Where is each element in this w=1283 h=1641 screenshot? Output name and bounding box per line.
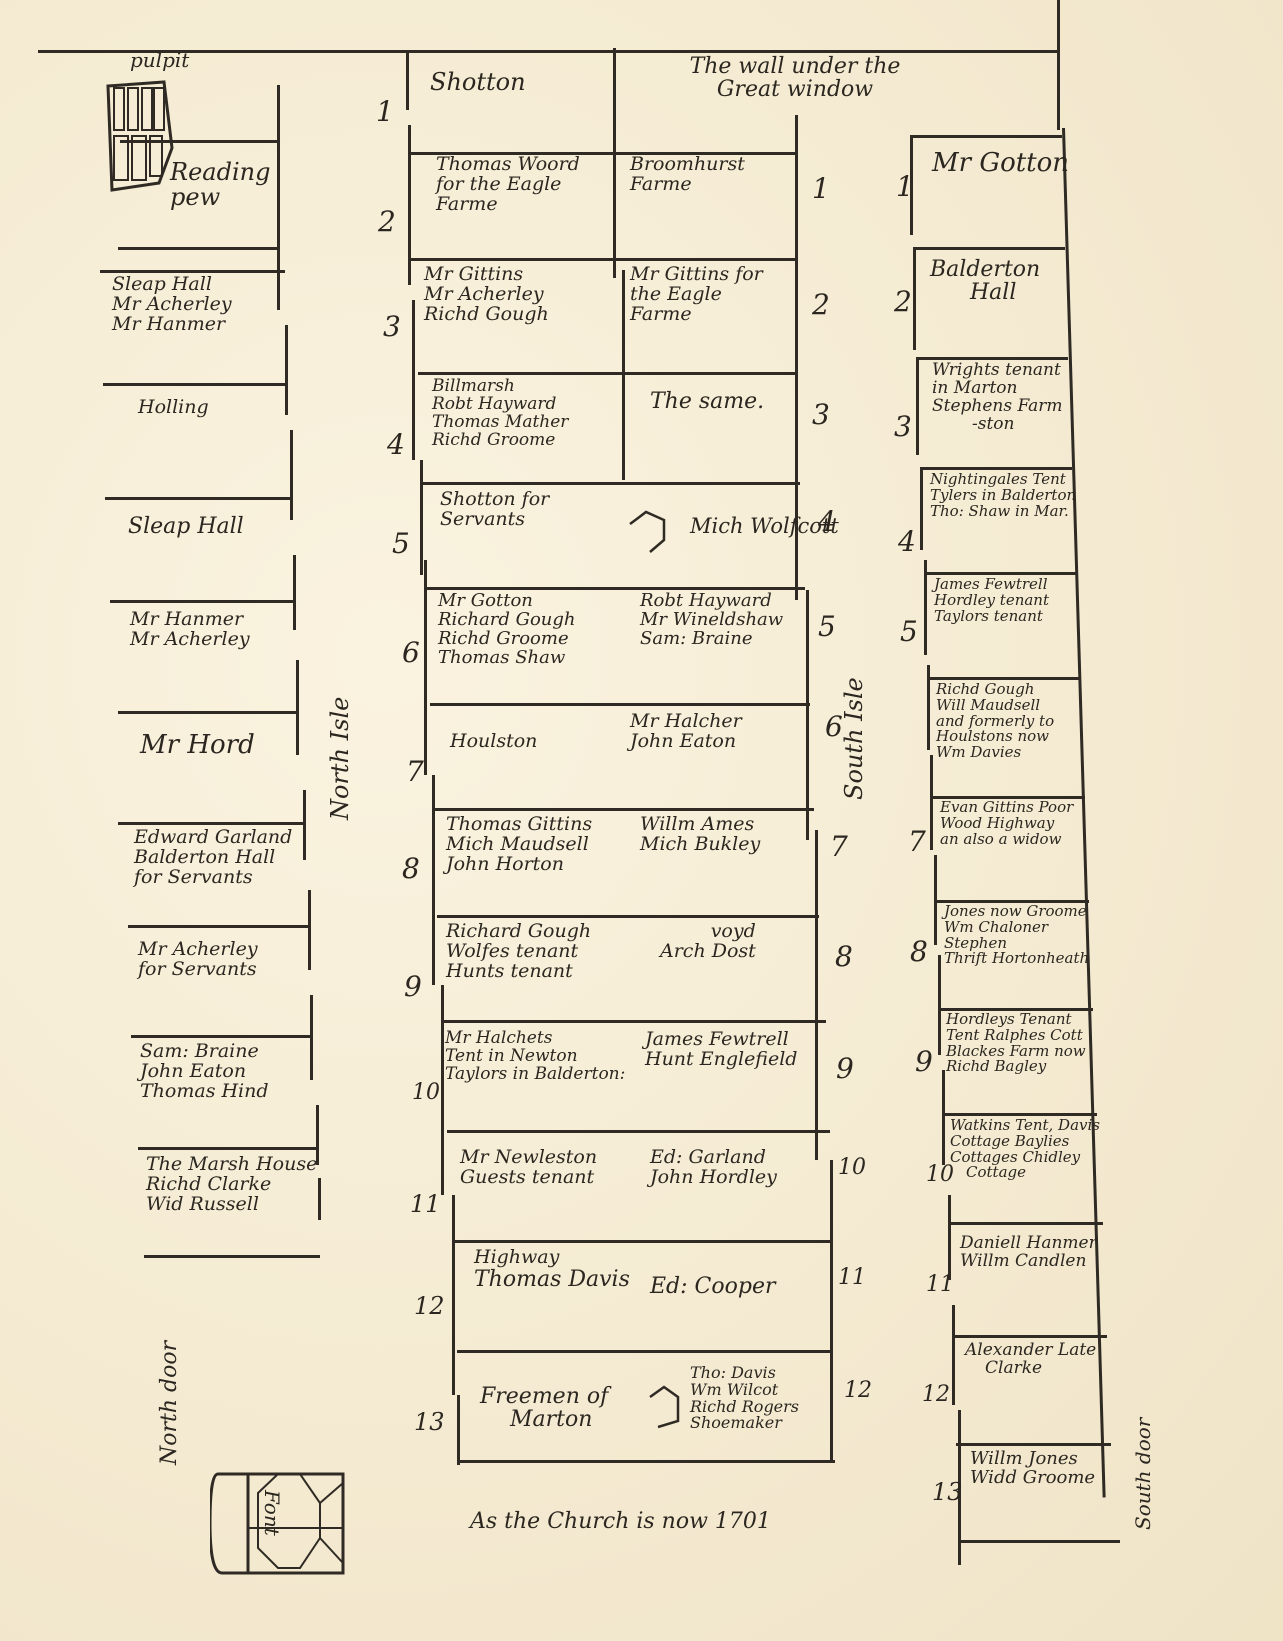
row-number-right: 11 [838,1265,866,1290]
north-pew-divider [118,247,278,250]
row-number: 7 [406,755,424,788]
pew-name: Willm Ames [640,815,760,835]
pew-name: Mr Hord [140,732,255,759]
font-label: Font [261,1490,282,1536]
pew-name: Taylors in Balderton: [445,1066,625,1084]
south-pew: Wrights tenant in Marton Stephens Farm -… [932,362,1063,433]
pew-name: Marton [480,1408,608,1431]
pew-name: The same. [650,390,764,413]
row-number: 11 [410,1190,441,1218]
middle-row-divider [410,258,798,261]
north-pew-divider [144,1255,320,1258]
pew-name: Farme [436,195,580,215]
pew-name: for Servants [138,960,258,980]
north-pew: Mr Hord [140,732,255,759]
pew-name: Taylors tenant [934,609,1049,625]
middle-pew-left: Mr Halchets Tent in Newton Taylors in Ba… [445,1030,625,1084]
south-isle-label: South Isle [842,677,867,800]
pew-name: the Eagle [630,285,763,305]
north-pew-divider [110,600,296,603]
row-number: 3 [383,310,401,343]
north-pew-rail [285,325,288,415]
pew-name: Wm Davies [936,745,1054,761]
middle-pew-left: Freemen of Marton [480,1385,608,1431]
middle-pew-right: Mr Halcher John Eaton [630,712,742,752]
north-pew: Sam: Braine John Eaton Thomas Hind [140,1042,269,1102]
pew-name: Mr Newleston [460,1148,597,1168]
pew-name: Richd Bagley [946,1059,1086,1075]
pew-name: Ed: Garland [650,1148,777,1168]
middle-row-divider [460,1460,835,1463]
pew-name: for the Eagle [436,175,580,195]
north-pew: Sleap Hall [128,515,244,538]
south-pew-rail [930,755,933,850]
pew-name: Farme [630,175,745,195]
north-pew: The Marsh House Richd Clarke Wid Russell [146,1155,317,1215]
south-pew-rail [948,1195,951,1280]
south-row-number: 3 [894,410,912,443]
middle-right-rail [830,1160,833,1460]
pew-name: Thomas Davis [474,1268,630,1291]
row-number-right: 6 [825,710,843,743]
row-number: 8 [402,852,420,885]
north-pew-divider [103,383,288,386]
pew-name: John Eaton [140,1062,269,1082]
north-pew-rail [303,790,306,860]
pew-name: Mr Acherley [130,630,250,650]
north-isle-label: North Isle [328,697,353,820]
south-pew: Mr Gotton [932,150,1069,177]
pew-name: Thomas Woord [436,155,580,175]
south-pew: Nightingales Tent Tylers in Balderton Th… [930,472,1076,519]
north-pew-rail [293,555,296,630]
middle-row-divider [457,1350,832,1353]
pew-name: Arch Dost [660,942,756,962]
pew-name: John Eaton [630,732,742,752]
row-number-right: 9 [836,1052,854,1085]
row-number-right: 12 [844,1378,872,1403]
row-number: 4 [387,428,405,461]
north-pew-divider [118,822,303,825]
row-number: 9 [404,970,422,1003]
pew-name: Hall [930,281,1040,304]
pew-name: Robt Hayward [432,396,568,414]
south-pew: Hordleys Tenant Tent Ralphes Cott Blacke… [946,1012,1086,1075]
pew-name: Hunts tenant [446,962,591,982]
middle-row-divider [452,1240,832,1243]
pew-name: Mr Acherley [112,295,232,315]
row-number: 2 [378,205,396,238]
pew-name: Guests tenant [460,1168,597,1188]
middle-left-rail [441,985,444,1195]
north-pew-divider [105,497,293,500]
pew-name: Clarke [965,1360,1096,1378]
pew-name: Mr Acherley [138,940,258,960]
row-number-right: 8 [835,940,853,973]
south-row-number: 9 [915,1045,933,1078]
row-number-right: 3 [812,398,830,431]
pew-name: Balderton Hall [134,848,292,868]
south-row-number: 7 [908,825,926,858]
south-pew-rail [938,955,941,1055]
south-pew: James Fewtrell Hordley tenant Taylors te… [934,577,1049,624]
north-pew: Edward Garland Balderton Hall for Servan… [134,828,292,888]
middle-pew-right: Ed: Garland John Hordley [650,1148,777,1188]
pew-name: Mr Wineldshaw [640,611,783,630]
pew-name: Mr Acherley [424,285,549,305]
pew-name: Tho: Shaw in Mar. [930,504,1076,520]
row-number: 1 [376,95,394,128]
pew-name: Thomas Hind [140,1082,269,1102]
north-pew-rail [318,1178,321,1220]
south-pew-rail [942,1070,945,1165]
pew-name: Sam: Braine [140,1042,269,1062]
south-row-number: 5 [900,615,918,648]
pew-name: Tent in Newton [445,1048,625,1066]
pew-name: Mich Wolfcott [690,515,839,537]
middle-pew-right: The same. [650,390,764,413]
pew-name: Sleap Hall [128,515,244,538]
south-row-number: 2 [894,285,912,318]
pew-name: Wolfes tenant [446,942,591,962]
south-door-label: South door [1133,1418,1154,1530]
middle-left-rail [408,125,411,285]
middle-pew-left: Richard Gough Wolfes tenant Hunts tenant [446,922,591,982]
middle-left-rail [412,300,415,460]
middle-left-rail [406,50,409,110]
pew-name: Richd Gough [424,305,549,325]
row-number-right: 5 [818,610,836,643]
south-pew-divider [910,135,1062,138]
pew-name: Thomas Shaw [438,649,576,668]
pew-name: Highway [474,1248,630,1268]
middle-row-divider [430,703,810,706]
north-pew-divider [138,1147,316,1150]
row-number: 12 [414,1292,445,1320]
south-pew: Richd Gough Will Maudsell and formerly t… [936,682,1054,761]
middle-divider [622,270,625,480]
pew-name: Mich Maudsell [446,835,592,855]
pew-name: Servants [440,510,549,530]
north-pew-divider [118,711,298,714]
south-pew: Alexander Late Clarke [965,1342,1096,1378]
north-pew: Sleap Hall Mr Acherley Mr Hanmer [112,275,232,335]
pew-name: Shotton [430,70,526,95]
middle-pew-right: Mr Gittins for the Eagle Farme [630,265,763,325]
south-pew-divider [952,1335,1107,1338]
middle-row-divider [418,372,798,375]
middle-left-rail [457,1395,460,1465]
middle-pew-top: Shotton [430,70,526,95]
south-pew: Balderton Hall [930,258,1040,304]
north-pew: Mr Hanmer Mr Acherley [130,610,250,650]
north-pew-divider [128,925,308,928]
north-pew-rail [277,85,280,310]
pew-name: Mich Bukley [640,835,760,855]
middle-right-rail [815,830,818,1160]
south-pew-divider [948,1222,1103,1225]
middle-pew-left: Mr Newleston Guests tenant [460,1148,597,1188]
pew-name: Ed: Cooper [650,1275,776,1298]
row-number-right: 7 [830,830,848,863]
pew-name: Thomas Mather [432,414,568,432]
middle-row-divider [420,482,800,485]
middle-pew-left: Thomas Gittins Mich Maudsell John Horton [446,815,592,875]
pew-name: Hunt Englefield [645,1050,797,1070]
row-number-right: 2 [812,288,830,321]
pew-name: Richd Groome [438,630,576,649]
pew-name: Shotton for [440,490,549,510]
pew-name: Richd Clarke [146,1175,317,1195]
north-door-label: North door [158,1341,181,1465]
pew-name: Shoemaker [690,1415,799,1432]
pew-name: Mr Hanmer [130,610,250,630]
pew-name: voyd [660,922,756,942]
south-row-number: 13 [932,1478,963,1506]
south-pew-divider [913,247,1065,250]
south-row-number: 4 [898,525,916,558]
middle-left-rail [432,775,435,985]
middle-row-divider [443,1020,826,1023]
pew-name: John Horton [446,855,592,875]
pew-name: Balderton [930,258,1040,281]
north-pew-rail [290,430,293,520]
pew-name: Farme [630,305,763,325]
pew-name: Thomas Gittins [446,815,592,835]
row-number-right: 10 [838,1155,866,1180]
south-row-number: 11 [926,1272,954,1297]
middle-row-divider [447,1130,830,1133]
middle-divider [613,48,616,278]
middle-pew-left: Billmarsh Robt Hayward Thomas Mather Ric… [432,378,568,449]
middle-left-rail [420,460,423,575]
reading-pew-label: Reading pew [170,160,270,210]
north-pew: Mr Acherley for Servants [138,940,258,980]
arch-icon [648,1385,684,1430]
pew-name: Mr Halcher [630,712,742,732]
north-pew-divider [131,1035,311,1038]
pew-name: Sleap Hall [112,275,232,295]
south-pew-rail [920,470,923,550]
south-row-number: 8 [910,935,928,968]
middle-pew-right: James Fewtrell Hunt Englefield [645,1030,797,1070]
pew-name: Mr Gotton [932,150,1069,177]
pew-name: Richard Gough [438,611,576,630]
middle-pew-right: Robt Hayward Mr Wineldshaw Sam: Braine [640,592,783,649]
middle-row-divider [437,915,819,918]
pew-name: Richd Groome [432,432,568,450]
pew-name: Cottage [950,1165,1100,1181]
pew-name: Broomhurst [630,155,745,175]
middle-pew-left: Highway Thomas Davis [474,1248,630,1291]
middle-pew-right: voyd Arch Dost [660,922,756,962]
row-number: 5 [392,527,410,560]
pew-name: Thrift Hortonheath [944,951,1089,967]
pew-name: Freemen of [480,1385,608,1408]
pew-name: -ston [932,416,1063,434]
row-number-right: 1 [812,172,830,205]
great-window-label: The wall under the Great window [680,55,910,101]
pew-name: Richard Gough [446,922,591,942]
south-pew: Watkins Tent, Davis Cottage Baylies Cott… [950,1118,1100,1181]
pew-name: Houlston [450,732,537,752]
middle-pew-right: Mich Wolfcott [690,515,839,537]
east-wall [1057,0,1060,130]
pew-name: Widd Groome [970,1469,1095,1488]
row-number: 10 [412,1080,440,1105]
pew-name: Stephens Farm [932,398,1063,416]
middle-left-rail [424,560,427,775]
row-number: 13 [414,1408,445,1436]
pew-name: James Fewtrell [645,1030,797,1050]
south-row-number: 12 [922,1382,950,1407]
south-pew: Jones now Groome Wm Chaloner Stephen Thr… [944,904,1089,967]
middle-row-divider [432,808,814,811]
pew-name: an also a widow [940,832,1073,848]
pew-name: Mr Gittins [424,265,549,285]
pew-name: Holling [138,398,209,418]
south-pew-divider [960,1540,1120,1543]
pulpit-label: pulpit [130,50,189,71]
south-pew-divider [956,1443,1111,1446]
middle-pew-right: Ed: Cooper [650,1275,776,1298]
south-row-number: 1 [896,170,914,203]
middle-pew-left: Shotton for Servants [440,490,549,530]
south-pew: Evan Gittins Poor Wood Highway an also a… [940,800,1073,847]
pew-name: in Marton [932,380,1063,398]
caption-title: As the Church is now 1701 [470,1510,771,1533]
north-pew: Holling [138,398,209,418]
south-pew-rail [952,1305,955,1405]
middle-pew-left: Mr Gotton Richard Gough Richd Groome Tho… [438,592,576,668]
south-pew-rail [916,360,919,455]
pew-name: for Servants [134,868,292,888]
pew-name: Willm Candlen [960,1253,1097,1271]
pew-name: Sam: Braine [640,630,783,649]
middle-pew-left: Thomas Woord for the Eagle Farme [436,155,580,215]
row-number: 6 [402,636,420,669]
pew-name: Edward Garland [134,828,292,848]
south-pew: Daniell Hanmer Willm Candlen [960,1235,1097,1271]
pew-name: John Hordley [650,1168,777,1188]
top-wall [38,50,1060,53]
arch-icon [628,510,668,555]
pew-name: Mr Hanmer [112,315,232,335]
south-pew: Willm Jones Widd Groome [970,1450,1095,1488]
north-pew-rail [296,660,299,755]
middle-pew-right: Willm Ames Mich Bukley [640,815,760,855]
north-pew-rail [308,890,311,970]
pew-name: Wid Russell [146,1195,317,1215]
pew-name: The Marsh House [146,1155,317,1175]
middle-pew-right: Tho: Davis Wm Wilcot Richd Rogers Shoema… [690,1365,799,1432]
middle-pew-left: Mr Gittins Mr Acherley Richd Gough [424,265,549,325]
middle-right-rail [806,590,809,840]
pew-name: Mr Gittins for [630,265,763,285]
pulpit-icon [104,78,174,198]
reading-pew-text: Reading pew [170,158,270,211]
middle-left-rail [452,1195,455,1395]
middle-pew-right: Broomhurst Farme [630,155,745,195]
south-pew-rail [913,250,916,350]
middle-pew-left: Houlston [450,732,537,752]
